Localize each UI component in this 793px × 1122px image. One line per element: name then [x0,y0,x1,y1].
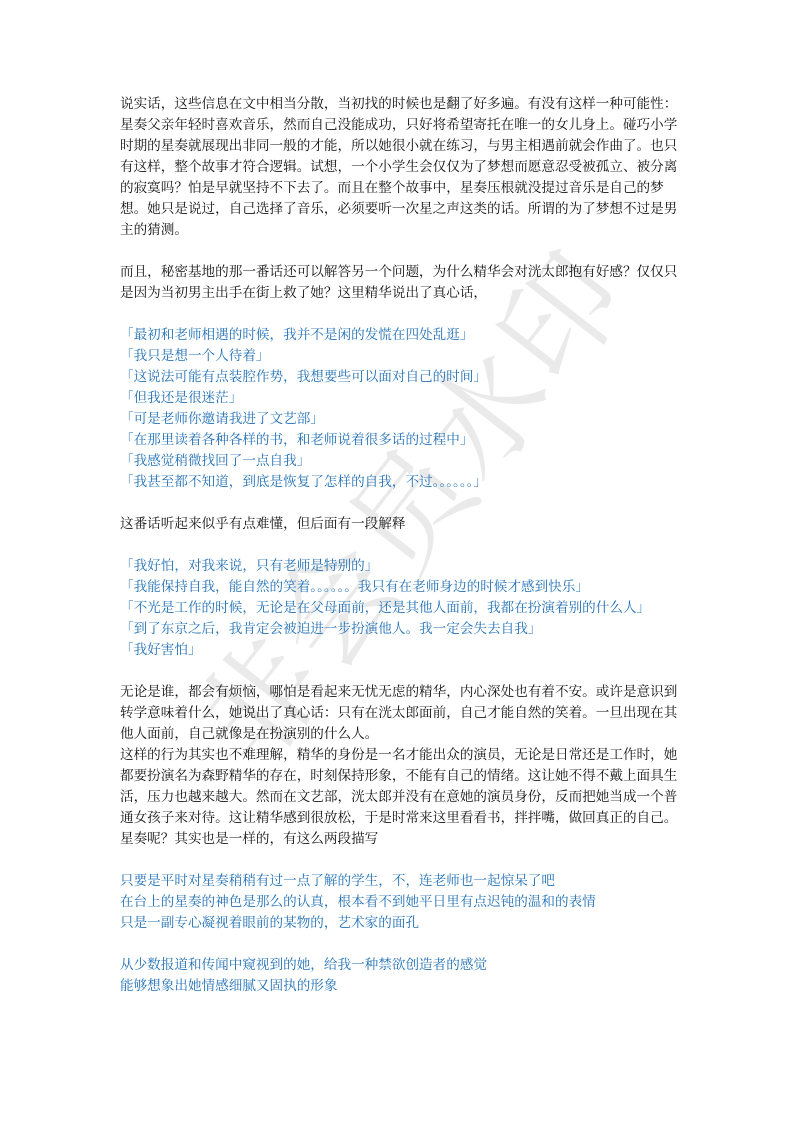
quote-line: 「最初和老师相遇的时候，我并不是闲的发慌在四处乱逛」 [120,325,680,346]
quote-line: 「我甚至都不知道，到底是恢复了怎样的自我，不过。。。。。。」 [120,472,680,493]
quote-line: 「这说法可能有点装腔作势，我想要些可以面对自己的时间」 [120,367,680,388]
paragraph: 无论是谁，都会有烦恼，哪怕是看起来无忧无虑的精华，内心深处也有着不安。或许是意识… [120,682,680,745]
quote-line: 从少数报道和传闻中窥视到的她，给我一种禁欲创造者的感觉 [120,955,680,976]
quote-line: 「我只是想一个人待着」 [120,346,680,367]
paragraph: 说实话，这些信息在文中相当分散，当初找的时候也是翻了好多遍。有没有这样一种可能性… [120,94,680,241]
quote-line: 「我好害怕」 [120,640,680,661]
quote-line: 「但我还是很迷茫」 [120,388,680,409]
quote-line: 只是一副专心凝视着眼前的某物的，艺术家的面孔 [120,913,680,934]
paragraph: 星奏呢？其实也是一样的，有这么两段描写 [120,829,680,850]
quote-block: 从少数报道和传闻中窥视到的她，给我一种禁欲创造者的感觉 能够想象出她情感细腻又固… [120,955,680,997]
paragraph: 这样的行为其实也不难理解，精华的身份是一名才能出众的演员，无论是日常还是工作时，… [120,745,680,829]
quote-line: 「我能保持自我，能自然的笑着。。。。。。我只有在老师身边的时候才感到快乐」 [120,577,680,598]
paragraph: 这番话听起来似乎有点难懂，但后面有一段解释 [120,514,680,535]
quote-line: 在台上的星奏的神色是那么的认真，根本看不到她平日里有点迟钝的温和的表情 [120,892,680,913]
quote-line: 「在那里读着各种各样的书，和老师说着很多话的过程中」 [120,430,680,451]
quote-line: 「我感觉稍微找回了一点自我」 [120,451,680,472]
quote-line: 「可是老师你邀请我进了文艺部」 [120,409,680,430]
quote-block: 只要是平时对星奏稍稍有过一点了解的学生，不，连老师也一起惊呆了吧 在台上的星奏的… [120,871,680,934]
paragraph: 而且，秘密基地的那一番话还可以解答另一个问题，为什么精华会对洸太郎抱有好感？仅仅… [120,262,680,304]
quote-block: 「我好怕，对我来说，只有老师是特别的」 「我能保持自我，能自然的笑着。。。。。。… [120,556,680,661]
quote-line: 能够想象出她情感细腻又固执的形象 [120,976,680,997]
quote-block: 「最初和老师相遇的时候，我并不是闲的发慌在四处乱逛」 「我只是想一个人待着」 「… [120,325,680,493]
quote-line: 「我好怕，对我来说，只有老师是特别的」 [120,556,680,577]
quote-line: 「不光是工作的时候，无论是在父母面前，还是其他人面前，我都在扮演着别的什么人」 [120,598,680,619]
quote-line: 「到了东京之后，我肯定会被迫进一步扮演他人。我一定会失去自我」 [120,619,680,640]
quote-line: 只要是平时对星奏稍稍有过一点了解的学生，不，连老师也一起惊呆了吧 [120,871,680,892]
document-page: 说实话，这些信息在文中相当分散，当初找的时候也是翻了好多遍。有没有这样一种可能性… [120,94,680,997]
